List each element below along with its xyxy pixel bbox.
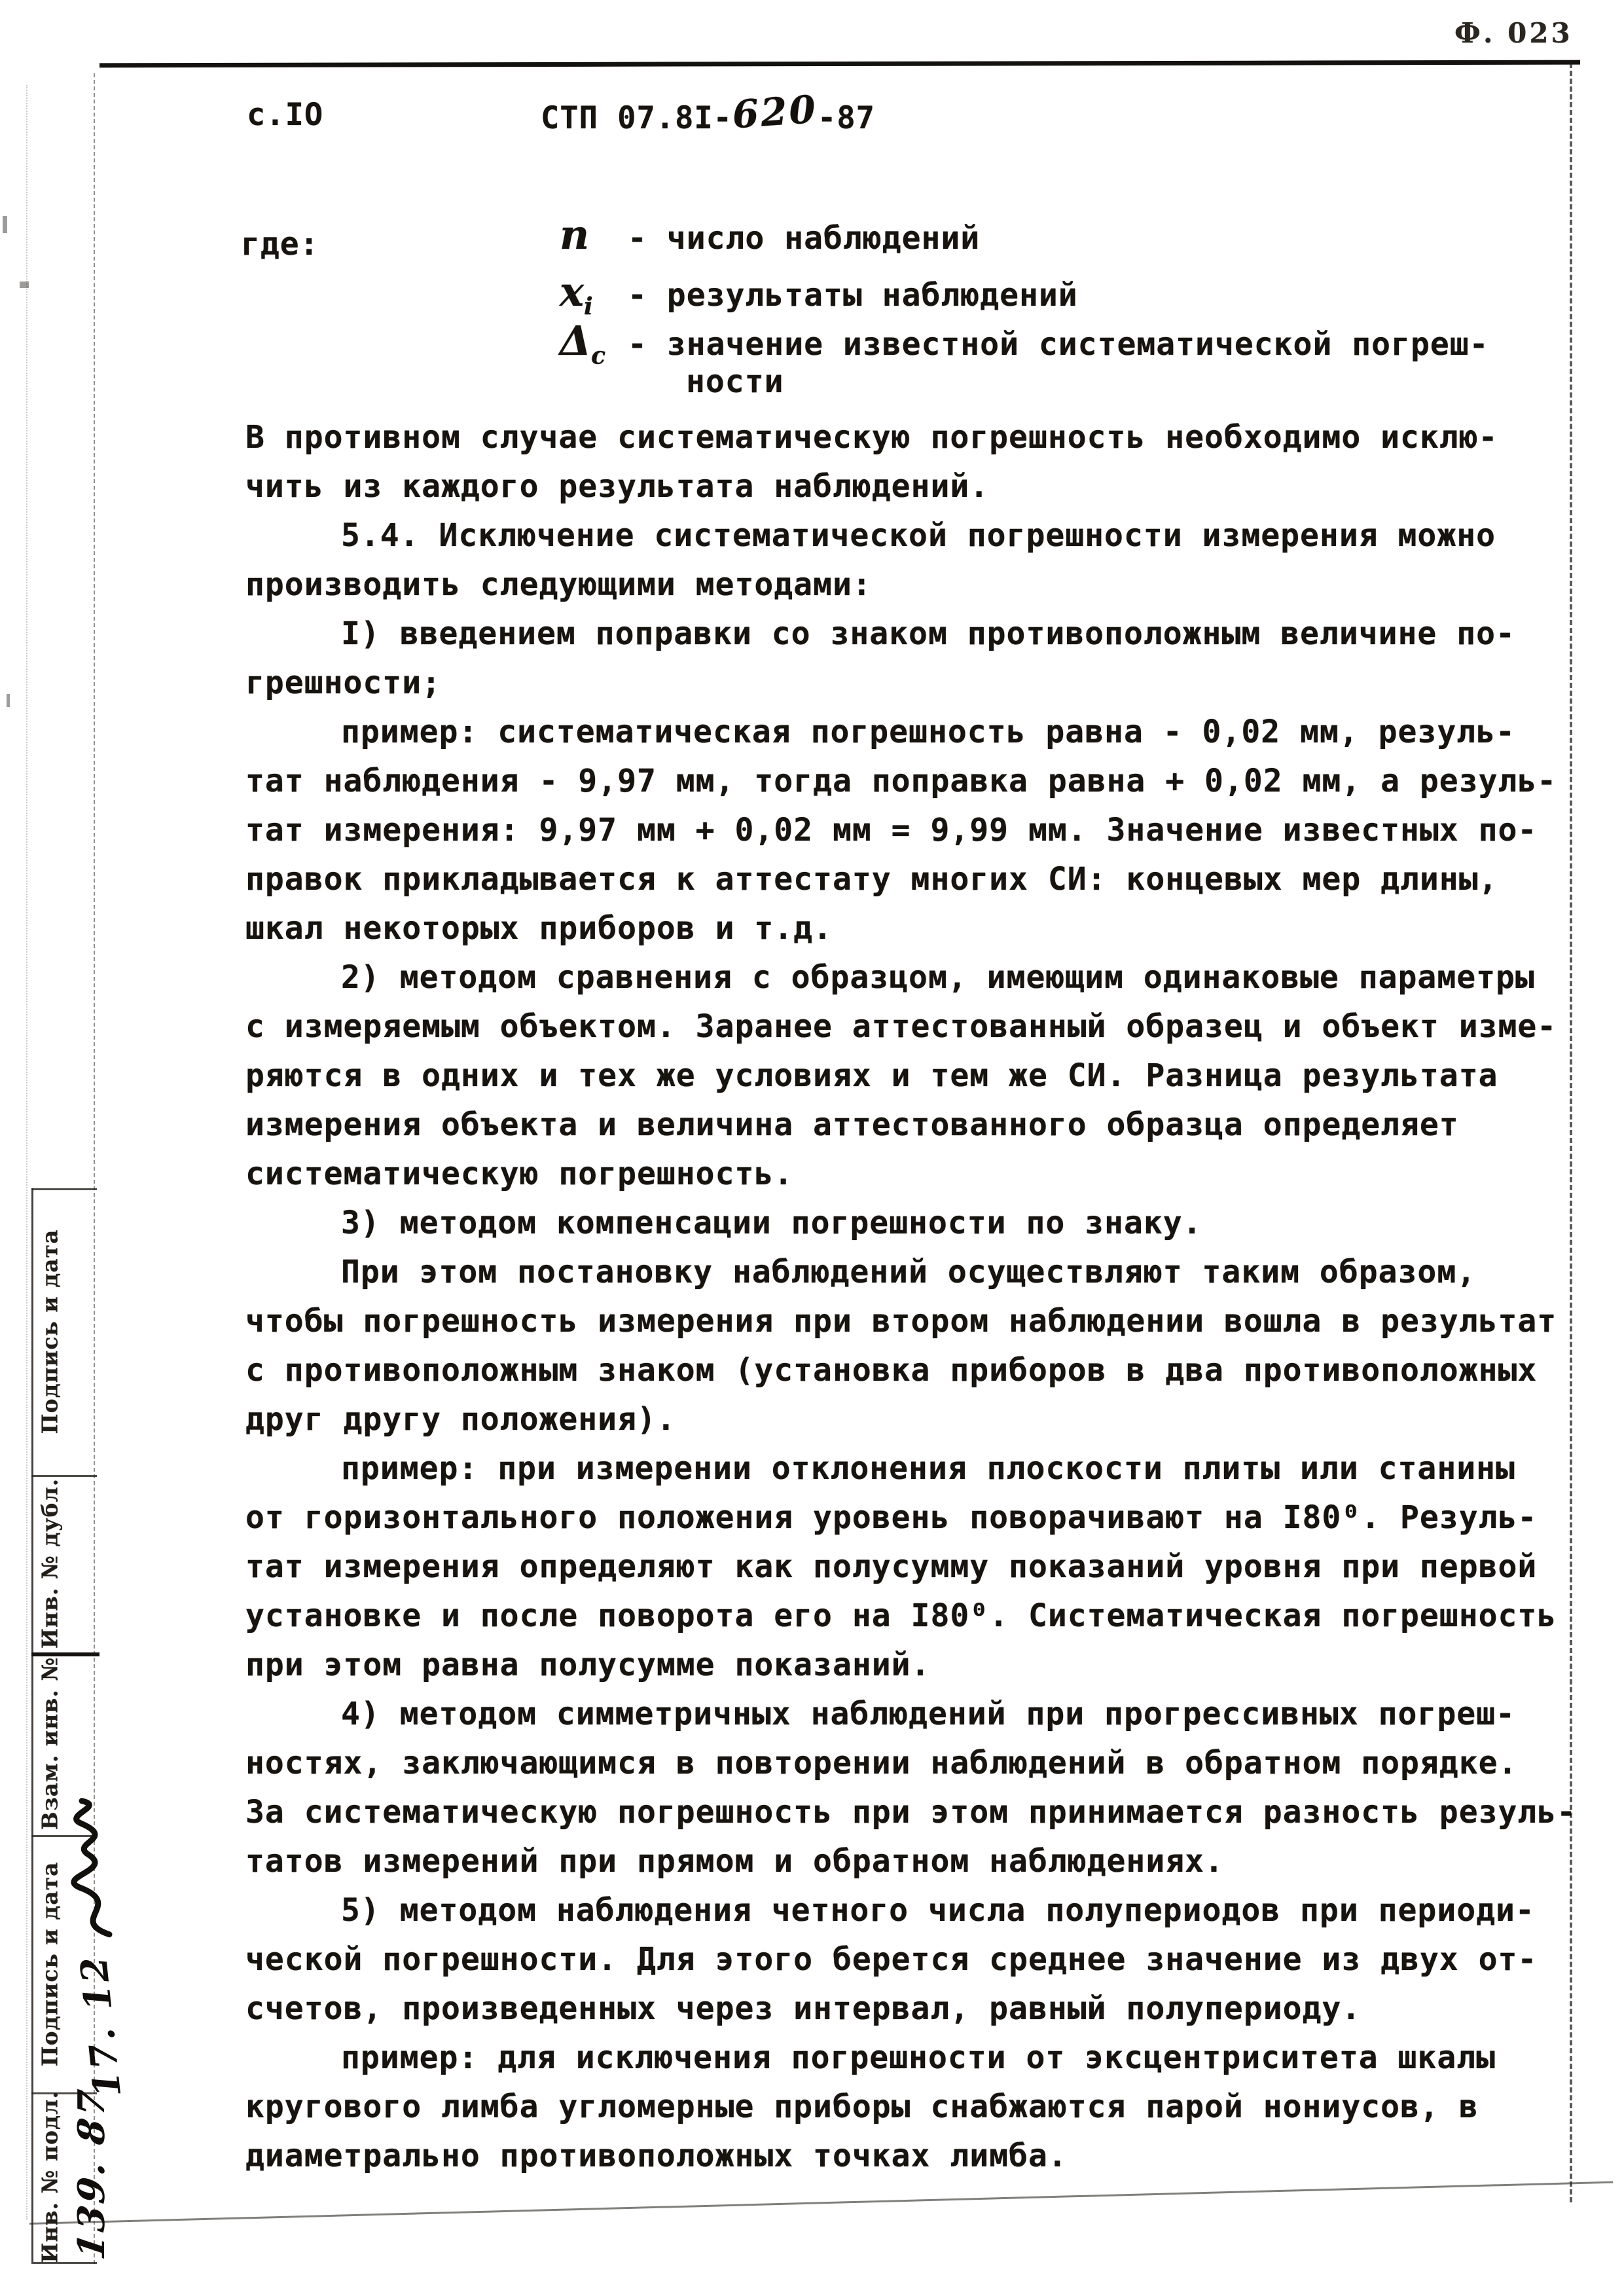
text-line: При этом постановку наблюдений осуществл… xyxy=(245,1254,1476,1290)
text-line: шкал некоторых приборов и т.д. xyxy=(245,910,833,947)
text-line: правок прикладывается к аттестату многих… xyxy=(245,861,1498,898)
margin-frame-divider xyxy=(31,1652,99,1656)
text-line: ческой погрешности. Для этого берется ср… xyxy=(245,1941,1537,1978)
margin-label-vzam-inv-no: Взам. инв. № xyxy=(37,1657,63,1830)
symbol-n: n xyxy=(560,215,628,270)
definition-text: - число наблюдений xyxy=(628,220,980,257)
text-line: тат измерения: 9,97 мм + 0,02 мм = 9,99 … xyxy=(245,812,1537,848)
left-edge-noise-line xyxy=(26,85,27,2219)
scan-speck xyxy=(3,216,7,233)
text-line: чить из каждого результата наблюдений. xyxy=(245,468,989,505)
text-line: производить следующими методами: xyxy=(245,566,872,603)
scan-speck xyxy=(7,694,10,707)
text-line: чтобы погрешность измерения при втором н… xyxy=(245,1303,1557,1339)
symbol-delta-c: Δc xyxy=(560,321,628,376)
text-line: установке и после поворота его на I80⁰. … xyxy=(245,1597,1557,1634)
text-line: друг другу положения). xyxy=(245,1401,676,1438)
text-line: кругового лимба угломерные приборы снабж… xyxy=(245,2088,1479,2125)
margin-label-inv-no-podl: Инв. № подл. xyxy=(37,2090,63,2263)
text-line: с измеряемым объектом. Заранее аттестова… xyxy=(245,1008,1557,1045)
scan-speck xyxy=(20,282,29,288)
signature-scrawl xyxy=(62,1798,125,1939)
text-line: тат измерения определяют как полусумму п… xyxy=(245,1548,1537,1585)
scanned-document-page: Ф. 023 с.IO СТП 07.8I-620-87 где: n - чи… xyxy=(0,0,1624,2296)
text-line: ностях, заключающимся в повторении наблю… xyxy=(245,1745,1517,1781)
text-line: 5.4. Исключение систематической погрешно… xyxy=(245,517,1496,554)
text-line: 3) методом компенсации погрешности по зн… xyxy=(245,1205,1202,1241)
form-number-stamp: Ф. 023 xyxy=(1454,17,1573,49)
margin-label-podpis-i-data-2: Подпись и дата xyxy=(37,1862,63,2067)
text-line: В противном случае систематическую погре… xyxy=(245,419,1498,456)
bottom-page-edge-line xyxy=(29,2181,1613,2225)
text-line: тат наблюдения - 9,97 мм, тогда поправка… xyxy=(245,763,1557,799)
text-line: пример: для исключения погрешности от эк… xyxy=(245,2039,1496,2076)
handwritten-date: 17. 12 xyxy=(72,1952,130,2100)
text-line: диаметрально противоположных точках лимб… xyxy=(245,2138,1068,2174)
page-number: с.IO xyxy=(247,97,323,134)
margin-frame-divider xyxy=(31,1188,97,1190)
definition-text: - значение известной систематической пог… xyxy=(628,326,1489,363)
where-lead: где: xyxy=(241,226,319,263)
text-line: при этом равна полусумме показаний. xyxy=(245,1647,930,1683)
margin-label-inv-no-dubl: Инв. № дубл. xyxy=(37,1478,63,1649)
right-border-line xyxy=(1570,63,1572,2202)
margin-frame-left-line xyxy=(31,1188,33,2262)
text-line: ряются в одних и тех же условиях и тем ж… xyxy=(245,1057,1498,1094)
text-line: 5) методом наблюдения четного числа полу… xyxy=(245,1892,1535,1929)
text-line: пример: при измерении отклонения плоскос… xyxy=(245,1450,1515,1487)
text-line: измерения объекта и величина аттестованн… xyxy=(245,1106,1459,1143)
top-border-line xyxy=(99,60,1580,68)
definition-text: - результаты наблюдений xyxy=(628,277,1078,314)
text-line: систематическую погрешность. xyxy=(245,1156,793,1192)
document-code: СТП 07.8I-620-87 xyxy=(541,97,875,137)
definition-row-xi: xi - результаты наблюдений xyxy=(560,272,1078,327)
document-code-typed-suffix: -87 xyxy=(818,100,875,136)
text-line: I) введением поправки со знаком противоп… xyxy=(245,615,1515,652)
document-code-typed-prefix: СТП 07.8I- xyxy=(541,100,732,136)
margin-label-podpis-i-data-1: Подпись и дата xyxy=(37,1230,63,1434)
text-line: За систематическую погрешность при этом … xyxy=(245,1794,1576,1831)
text-line: от горизонтального положения уровень пов… xyxy=(245,1499,1537,1536)
definition-row-n: n - число наблюдений xyxy=(560,215,980,270)
handwritten-signature-block: 17. 12 xyxy=(62,1798,125,2098)
text-line: с противоположным знаком (установка приб… xyxy=(245,1352,1537,1389)
margin-frame-divider xyxy=(31,1475,97,1477)
text-line: пример: систематическая погрешность равн… xyxy=(245,714,1515,750)
text-line: грешности; xyxy=(245,665,441,701)
handwritten-inventory-number: 139. 87 xyxy=(70,2085,113,2262)
text-line: татов измерений при прямом и обратном на… xyxy=(245,1843,1224,1880)
text-line: 2) методом сравнения с образцом, имеющим… xyxy=(245,959,1535,996)
definition-continuation: ности xyxy=(686,363,784,400)
text-line: счетов, произведенных через интервал, ра… xyxy=(245,1990,1361,2027)
document-code-handwritten-number: 620 xyxy=(731,91,819,134)
text-line: 4) методом симметричных наблюдений при п… xyxy=(245,1696,1515,1732)
